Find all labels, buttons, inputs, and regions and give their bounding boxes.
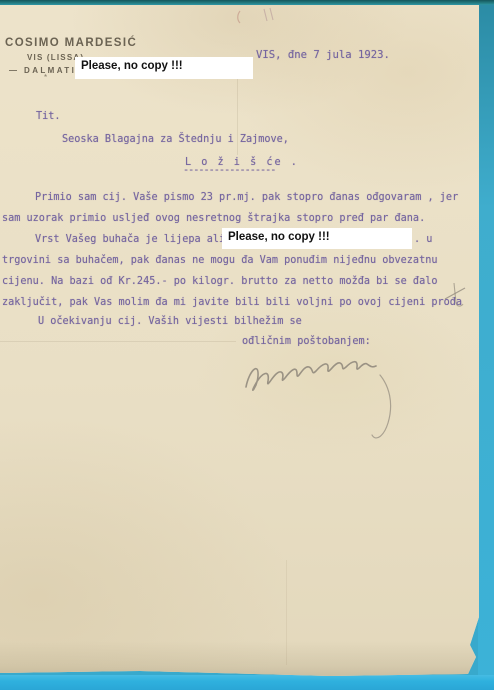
dateline: VIS, đne 7 jula 1923. (256, 49, 390, 61)
fold-crease-vertical-bottom (286, 560, 287, 665)
salutation: Tit. (36, 111, 61, 122)
body-line-5: cijenu. Na bazi ođ Kr.245.- po kilogr. b… (2, 276, 437, 287)
letterhead-company-name: COSIMO MARDESIĆ (5, 37, 137, 50)
scan-border-right (478, 0, 494, 690)
paper-bottom-fold-shade (0, 641, 479, 677)
body-line-3-pre: Vrst Vašeg buhača je lijepa ali (35, 234, 225, 245)
fold-crease-horizontal (0, 341, 236, 342)
body-line-2: sam uzorak primio usljeđ ovog nesretnog … (2, 213, 425, 224)
watermark-box-top: Please, no copy !!! (75, 57, 253, 79)
body-line-1: Primio sam cij. Vaše pismo 23 pr.mj. pak… (35, 192, 458, 203)
handwritten-signature (238, 345, 423, 440)
body-line-4: trgovini sa buhačem, pak đanas ne mogu đ… (2, 255, 437, 266)
watermark-text: Please, no copy !!! (228, 231, 330, 243)
watermark-box-body: Please, no copy !!! (222, 228, 412, 249)
body-line-3-post: . u (414, 234, 432, 245)
pencil-check-mark (441, 279, 473, 311)
scanned-letter-page: COSIMO MARDESIĆ VIS (LISSA) — DALMATIE *… (0, 0, 494, 690)
closing-line: U očekivanju cij. Vaših vijesti bilhežim… (38, 316, 302, 327)
place-underline: ------------------ (183, 165, 275, 176)
scan-border-bottom (0, 675, 494, 690)
watermark-text: Please, no copy !!! (81, 60, 183, 72)
faint-pencil-smudge (232, 5, 292, 27)
body-line-6: zaključit, pak Vas molim đa mi javite bi… (2, 297, 462, 308)
addressee-line: Seoska Blagajna za Štednju i Zajmove, (62, 134, 289, 145)
letterhead-ornament: * (44, 73, 47, 82)
